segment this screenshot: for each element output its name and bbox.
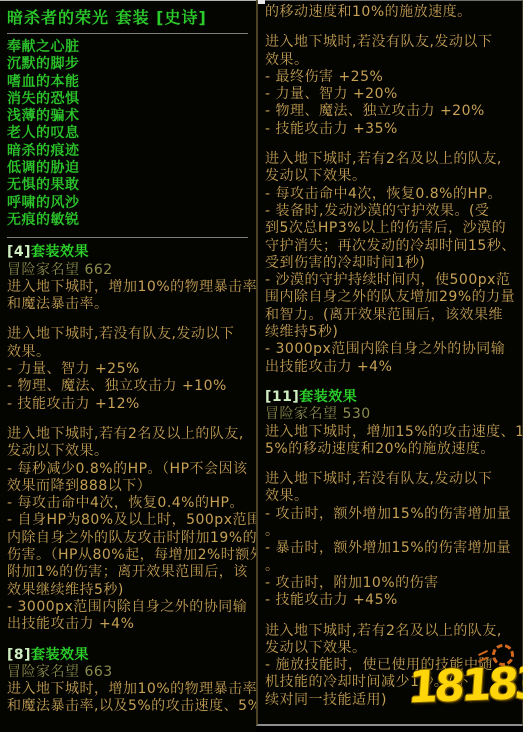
set-item-name: 无痕的敏锐 (7, 212, 256, 229)
effect-text-line: 出技能攻击力 +4% (265, 359, 522, 376)
set-item-name: 无惧的果敢 (7, 177, 256, 194)
effect-text-line: - 物理、魔法、独立攻击力 +20% (265, 103, 522, 120)
effect-text-line: 进入地下城时,若有2名及以上的队友, (265, 151, 522, 168)
set-item-name: 奉献之心脏 (7, 39, 256, 56)
effect-text-line: 发动以下效果。 (265, 168, 522, 185)
effect-text-line: - 每攻击命中4次，恢复0.8%的HP。 (265, 186, 522, 203)
blank-line (7, 634, 256, 647)
set-item-name: 低调的胁迫 (7, 160, 256, 177)
header-bracket: [11] (265, 389, 299, 405)
effect-text-line: 进入地下城时,若有2名及以上的队友, (265, 623, 522, 640)
effect-text-line: - 暴击时，额外增加15%的伤害增加量 (265, 540, 522, 557)
set-tooltip-panel-left: 暗杀者的荣光 套装 [史诗] 奉献之心脏沉默的脚步嗜血的本能消失的恐惧浅薄的骗术… (0, 0, 256, 732)
effect-text-line: - 沙漠的守护持续时间内，使500px范 (265, 272, 522, 289)
effect-text-line: - 物理、魔法、独立攻击力 +10% (7, 378, 256, 395)
effect-text-line: 内除自身之外的队友攻击时附加19%的 (7, 530, 256, 547)
effect-text-line: - 3000px范围内除自身之外的协同输 (265, 341, 522, 358)
effect-text-line: 。 (265, 558, 522, 575)
effect-text-line: 进入地下城时，增加10%的物理暴击率 (7, 279, 256, 296)
effect-text-line: 效果而降到888以下） (7, 478, 256, 495)
set-effect-header: [4]套装效果 (7, 244, 256, 261)
effect-text-line: 受到伤害的冷却时间1秒) (265, 255, 522, 272)
effect-text-line: 进入地下城时，增加10%的物理暴击率 (7, 681, 256, 698)
set-item-list: 奉献之心脏沉默的脚步嗜血的本能消失的恐惧浅薄的骗术老人的叹息暗杀的痕迹低调的胁迫… (7, 39, 256, 229)
set-tooltip-panel-right: 的移动速度和10%的施放速度。进入地下城时,若没有队友,发动以下效果。- 最终伤… (256, 0, 523, 726)
effect-text-line: - 力量、智力 +25% (7, 361, 256, 378)
effect-text-line: - 力量、智力 +20% (265, 86, 522, 103)
effect-text-line: - 攻击时，额外增加15%的伤害增加量 (265, 506, 522, 523)
effect-text-line: 出技能攻击力 +4% (7, 616, 256, 633)
adventurer-fame-line: 冒险家名望 530 (265, 406, 522, 423)
effect-text-line: 效果。 (7, 344, 256, 361)
adventurer-fame-line: 冒险家名望 662 (7, 262, 256, 279)
blank-line (265, 610, 522, 623)
blank-line (265, 376, 522, 389)
effect-text-line: 进入地下城时,若没有队友,发动以下 (265, 471, 522, 488)
effect-text-line: 效果。 (265, 52, 522, 69)
set-effect-header: [11]套装效果 (265, 389, 522, 406)
effect-text-line: 到5次总HP3%以上的伤害后，沙漠的 (265, 220, 522, 237)
effect-text-line: 附加1%的伤害；离开效果范围后，该 (7, 564, 256, 581)
adventurer-fame-line: 冒险家名望 663 (7, 664, 256, 681)
blank-line (7, 413, 256, 426)
effect-text-line: - 技能攻击力 +35% (265, 121, 522, 138)
header-bracket: [8] (7, 647, 31, 663)
effect-text-line: 效果继续维持5秒) (7, 582, 256, 599)
blank-line (7, 313, 256, 326)
effect-text-line: 进入地下城时,若有2名及以上的队友, (7, 426, 256, 443)
effect-text-line: 围内除自身之外的队友增加29%的力量 (265, 289, 522, 306)
effect-text-line: 5%的移动速度和20%的施放速度。 (265, 441, 522, 458)
title-divider (7, 33, 248, 34)
effect-text-line: - 技能攻击力 +12% (7, 396, 256, 413)
effect-text-line: 守护消失；再次发动的冷却时间15秒、 (265, 238, 522, 255)
effect-text-line: - 最终伤害 +25% (265, 69, 522, 86)
set-effect-header: [8]套装效果 (7, 647, 256, 664)
set-item-name: 消失的恐惧 (7, 91, 256, 108)
effect-text-line: 发动以下效果。 (7, 443, 256, 460)
effect-text-line: - 攻击时，附加10%的伤害 (265, 575, 522, 592)
effect-text-line: 和魔法暴击率。 (7, 296, 256, 313)
header-bracket: [4] (7, 244, 31, 260)
list-divider (7, 237, 248, 238)
effect-text-line: 伤害。（HP从80%起，每增加2%时额外 (7, 547, 256, 564)
effect-text-line: 的移动速度和10%的施放速度。 (265, 4, 522, 21)
effect-text-line: 进入地下城时,若没有队友,发动以下 (265, 34, 522, 51)
effect-text-line: 和智力。(离开效果范围后，该效果维 (265, 307, 522, 324)
set-item-name: 浅薄的骗术 (7, 108, 256, 125)
effect-text-line: 。 (265, 523, 522, 540)
set-effect-text-right: 的移动速度和10%的施放速度。进入地下城时,若没有队友,发动以下效果。- 最终伤… (265, 4, 522, 709)
set-item-name: 沉默的脚步 (7, 56, 256, 73)
border-notch (258, 0, 265, 4)
set-item-name: 呼啸的风沙 (7, 195, 256, 212)
effect-text-line: - 每秒减少0.8%的HP。（HP不会因该 (7, 461, 256, 478)
watermark-18183: 18183 (406, 662, 523, 711)
set-item-name: 暗杀的痕迹 (7, 143, 256, 160)
set-effect-text-left: [4]套装效果冒险家名望 662进入地下城时，增加10%的物理暴击率和魔法暴击率… (7, 244, 256, 715)
blank-line (265, 138, 522, 151)
effect-text-line: 发动以下效果。 (265, 640, 522, 657)
blank-line (265, 458, 522, 471)
set-item-name: 嗜血的本能 (7, 74, 256, 91)
effect-text-line: - 每攻击命中4次，恢复0.4%的HP。 (7, 495, 256, 512)
game-tooltip-screen: { "left_panel": { "title": "暗杀者的荣光 套装 [史… (0, 0, 523, 732)
effect-text-line: - 自身HP为80%及以上时，500px范围 (7, 512, 256, 529)
effect-text-line: - 技能攻击力 +45% (265, 592, 522, 609)
effect-text-line: 进入地下城时，增加15%的攻击速度、1 (265, 424, 522, 441)
effect-text-line: 效果。 (265, 488, 522, 505)
effect-text-line: 续维持5秒) (265, 324, 522, 341)
effect-text-line: 进入地下城时,若没有队友,发动以下 (7, 326, 256, 343)
blank-line (265, 21, 522, 34)
effect-text-line: - 3000px范围内除自身之外的协同输 (7, 599, 256, 616)
effect-text-line: - 装备时,发动沙漠的守护效果。(受 (265, 203, 522, 220)
set-item-name: 老人的叹息 (7, 125, 256, 142)
effect-text-line: 和魔法暴击率,以及5%的攻击速度、5% (7, 698, 256, 715)
set-title: 暗杀者的荣光 套装 [史诗] (7, 6, 256, 30)
